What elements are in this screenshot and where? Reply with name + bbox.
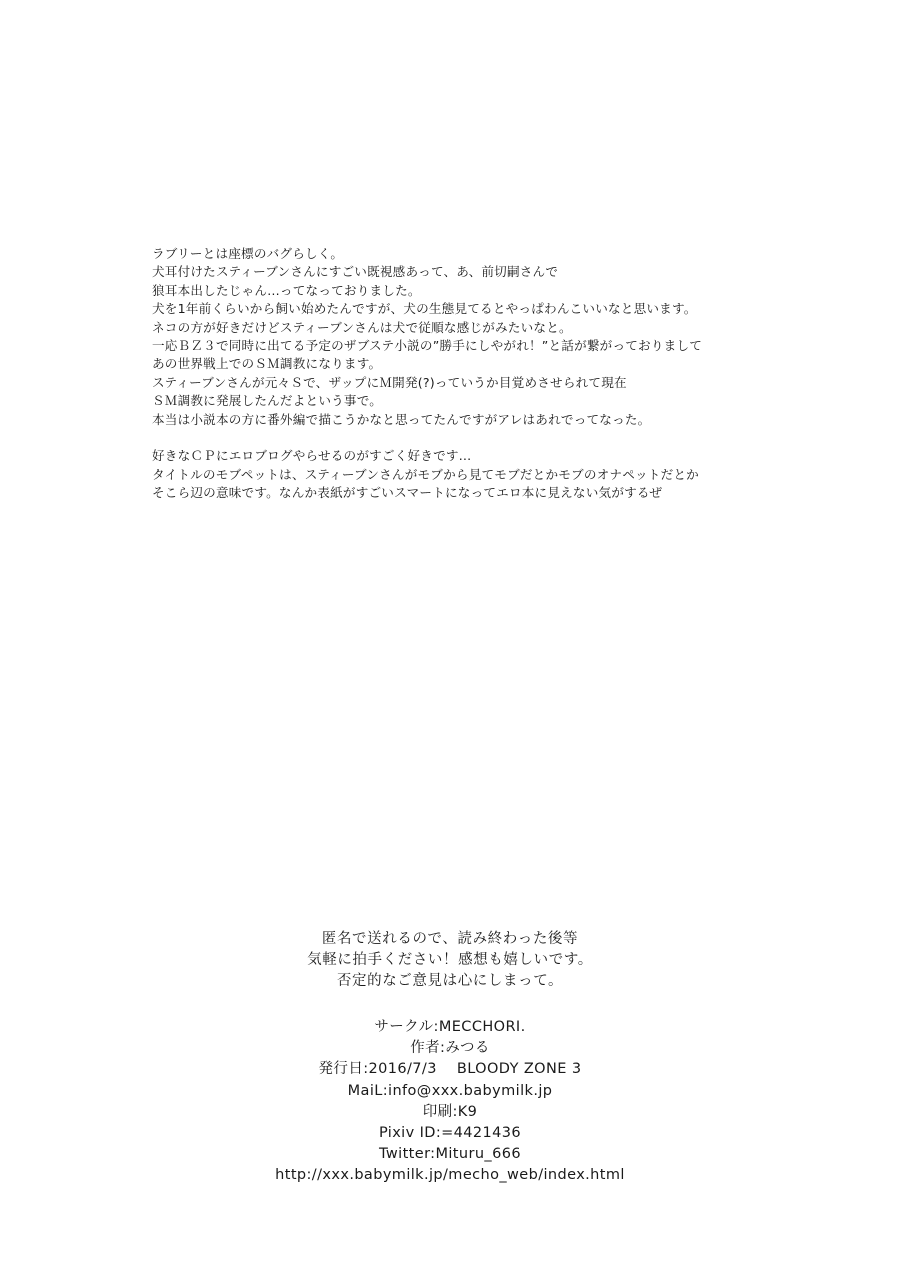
circle-name: サークル:MECCHORI. — [0, 1017, 900, 1038]
publish-date: 発行日:2016/7/3 BLOODY ZONE 3 — [0, 1059, 900, 1080]
website-url: http://xxx.babymilk.jp/mecho_web/index.h… — [0, 1165, 900, 1186]
notice-line: 否定的なご意見は心にしまって。 — [0, 971, 900, 992]
notice-line: 匿名で送れるので、読み終わった後等 — [0, 929, 900, 950]
afterword-paragraph-2: 好きなＣＰにエロブログやらせるのがすごく好きです… タイトルのモブペットは、ステ… — [152, 447, 792, 502]
afterword-line: 本当は小説本の方に番外編で描こうかなと思ってたんですがアレはあれでってなった。 — [152, 411, 792, 429]
afterword-line: 犬を1年前くらいから飼い始めたんですが、犬の生態見てるとやっぱわんこいいなと思い… — [152, 300, 792, 318]
afterword-line: 一応ＢＺ３で同時に出てる予定のザブステ小説の”勝手にしやがれ！”と話が繋がってお… — [152, 337, 792, 355]
twitter-handle: Twitter:Mituru_666 — [0, 1144, 900, 1165]
printer: 印刷:K9 — [0, 1102, 900, 1123]
pixiv-id: Pixiv ID:=4421436 — [0, 1123, 900, 1144]
afterword-line: タイトルのモブペットは、スティーブンさんがモブから見てモブだとかモブのオナペット… — [152, 466, 792, 484]
afterword-line: ＳＭ調教に発展したんだよという事で。 — [152, 392, 792, 410]
afterword-line: スティーブンさんが元々Ｓで、ザップにＭ開発(?)っていうか目覚めさせられて現在 — [152, 374, 792, 392]
afterword-line: あの世界戦上でのＳＭ調教になります。 — [152, 355, 792, 373]
colophon: サークル:MECCHORI. 作者:みつる 発行日:2016/7/3 BLOOD… — [0, 1017, 900, 1187]
afterword-line: ラブリーとは座標のバグらしく。 — [152, 245, 792, 263]
afterword-line: 犬耳付けたスティーブンさんにすごい既視感あって、あ、前切嗣さんで — [152, 263, 792, 281]
notice-line: 気軽に拍手ください！感想も嬉しいです。 — [0, 950, 900, 971]
author-name: 作者:みつる — [0, 1038, 900, 1059]
afterword-line: 狼耳本出したじゃん…ってなっておりました。 — [152, 282, 792, 300]
afterword-paragraph-1: ラブリーとは座標のバグらしく。 犬耳付けたスティーブンさんにすごい既視感あって、… — [152, 245, 792, 429]
afterword-text: ラブリーとは座標のバグらしく。 犬耳付けたスティーブンさんにすごい既視感あって、… — [152, 245, 792, 521]
afterword-line: そこら辺の意味です。なんか表紙がすごいスマートになってエロ本に見えない気がするぜ — [152, 484, 792, 502]
afterword-line: 好きなＣＰにエロブログやらせるのがすごく好きです… — [152, 447, 792, 465]
afterword-line: ネコの方が好きだけどスティーブンさんは犬で従順な感じがみたいなと。 — [152, 319, 792, 337]
feedback-notice: 匿名で送れるので、読み終わった後等 気軽に拍手ください！感想も嬉しいです。 否定… — [0, 929, 900, 992]
contact-mail: MaiL:info@xxx.babymilk.jp — [0, 1081, 900, 1102]
